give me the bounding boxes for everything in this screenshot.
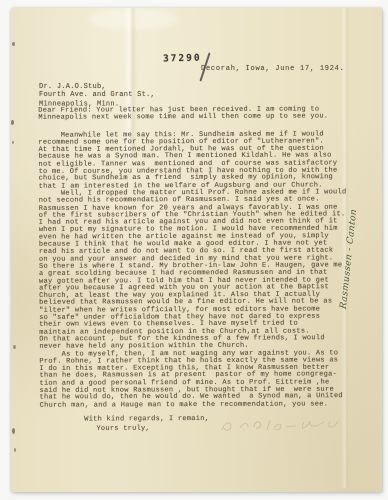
letter-line: Minneapolis next week some time and will… <box>38 114 358 123</box>
letter-line: read his article and do not want to do s… <box>39 248 359 257</box>
paragraph-rasmussen: Well, I dropped the matter until Prof. R… <box>39 189 360 351</box>
signoff-text: Yours truly, <box>96 426 150 434</box>
letter-line: I do in this matter. Excepting this, tha… <box>39 365 359 374</box>
letter-line: choice, but Sundheim as a friend simply … <box>39 174 359 183</box>
dateline: Decorah, Iowa, June 17, 1924. <box>201 65 345 73</box>
letter-line: At that time I mentioned Jordahl, but he… <box>38 146 358 155</box>
letter-line: Rasmussen I have known for 20 years and … <box>39 204 359 213</box>
paragraph-salutation: Dear Friend: Your letter has just been r… <box>38 106 358 122</box>
letter-line: Fourth Ave. and Grant St., <box>39 91 155 99</box>
paragraph-editor-candidates: Meanwhile let me say this: Mr. Sundheim … <box>38 131 358 191</box>
letter-line: a great scolding because I had recommend… <box>39 270 359 279</box>
closing-text: With kind regards, I remain, <box>66 415 209 424</box>
letter-line: so "safe" under officialdom that they ha… <box>39 314 359 323</box>
letter-line: Church man, and a Hauge man to make the … <box>40 401 360 410</box>
edge-speck <box>11 120 14 125</box>
letter-body: Dear Friend: Your letter has just been r… <box>38 106 359 438</box>
paragraph-as-to-myself: As to myself, then, I am not waging any … <box>39 350 359 410</box>
archive-stamp-number: 37290 <box>163 52 202 64</box>
edge-speck <box>14 448 16 452</box>
letter-line: even he had written the article against … <box>39 233 359 242</box>
letter-line: Church, at least the way you explained i… <box>39 292 359 301</box>
torn-edge-patch <box>89 8 177 30</box>
edge-speck <box>13 345 16 349</box>
letter-line: On that account , but for the kindness o… <box>39 335 359 344</box>
pencil-signature <box>216 416 346 438</box>
letter-page: 37290 Decorah, Iowa, June 17, 1924. Dr. … <box>11 8 382 492</box>
letter-line: that he would do, then he would do. We w… <box>40 393 360 402</box>
recipient-address: Dr. J.A.O.Stub,Fourth Ave. and Grant St.… <box>39 83 155 108</box>
edge-speck <box>12 428 15 434</box>
edge-speck <box>12 141 14 144</box>
edge-speck <box>12 42 15 46</box>
scan-background: { "page": { "background_color": "#f7f7f5… <box>0 0 388 500</box>
